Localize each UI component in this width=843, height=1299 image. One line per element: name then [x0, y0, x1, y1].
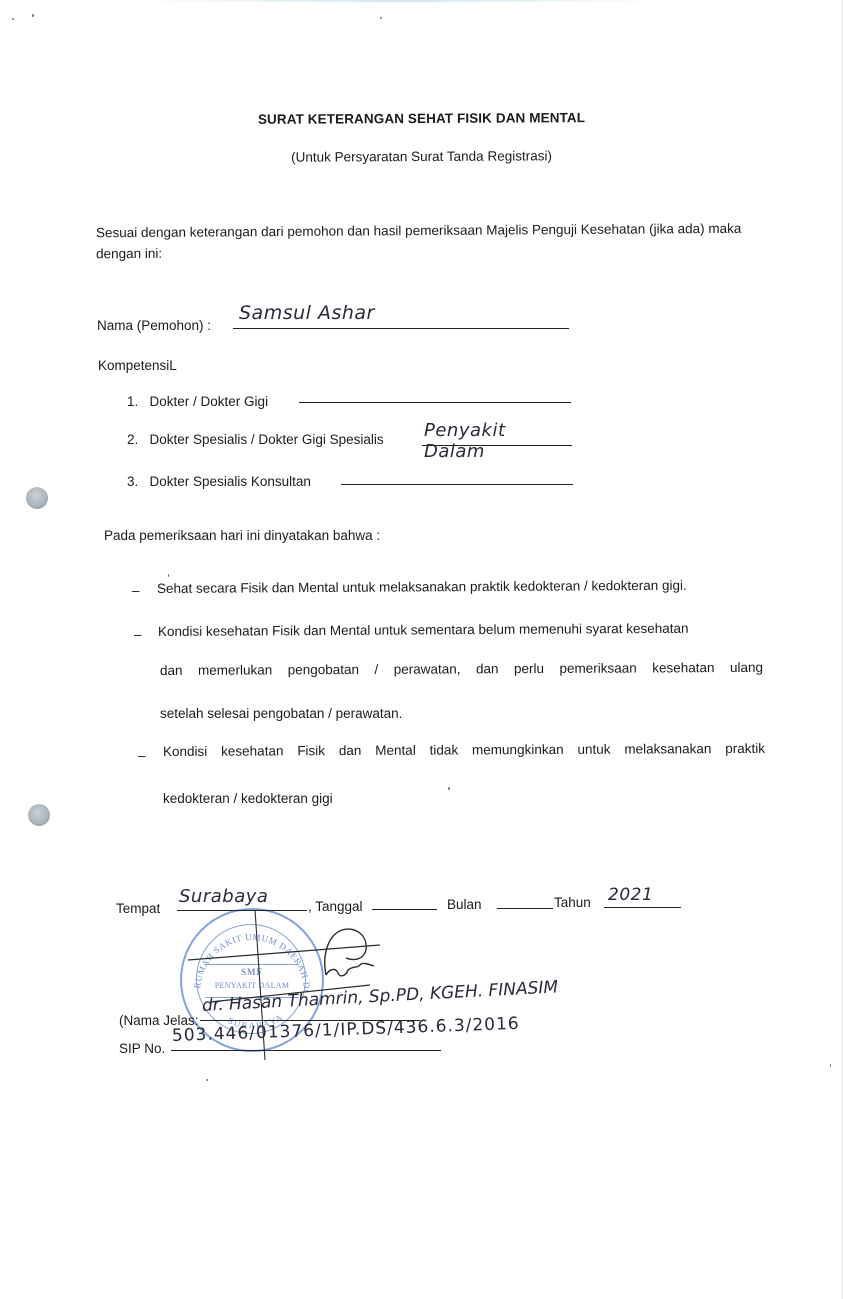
place-value: Surabaya: [179, 886, 268, 907]
scan-speck: [168, 574, 169, 577]
statement-1: Sehat secara Fisik dan Mental untuk mela…: [157, 578, 687, 596]
year-label: Tahun: [554, 895, 591, 910]
document-subtitle: (Untuk Persyaratan Surat Tanda Registras…: [0, 147, 843, 166]
scan-speck: [830, 1064, 831, 1067]
place-label: Tempat: [116, 901, 160, 916]
competence-item-1: 1. Dokter / Dokter Gigi: [127, 394, 268, 409]
examination-label: Pada pemeriksaan hari ini dinyatakan bah…: [104, 528, 380, 543]
statement-3-line-2: kedokteran / kedokteran gigi: [163, 791, 333, 806]
competence-item-2-value: Penyakit Dalam: [424, 420, 572, 462]
applicant-name-value: Samsul Ashar: [239, 302, 375, 324]
sip-label: SIP No.: [119, 1041, 165, 1056]
applicant-name-label: Nama (Pemohon) :: [97, 318, 211, 333]
scan-speck: [380, 17, 382, 19]
competence-item-3-field[interactable]: [341, 470, 573, 485]
competence-item-1-field[interactable]: [299, 388, 571, 403]
competence-item-3: 3. Dokter Spesialis Konsultan: [127, 474, 311, 489]
date-field[interactable]: [372, 897, 437, 910]
year-field[interactable]: 2021: [604, 893, 681, 908]
scan-speck: [448, 787, 450, 790]
scan-top-edge: [130, 0, 670, 2]
competence-item-number: 1.: [127, 394, 138, 409]
competence-item-label: Dokter Spesialis / Dokter Gigi Spesialis: [150, 432, 384, 447]
competence-item-2: 2. Dokter Spesialis / Dokter Gigi Spesia…: [127, 432, 384, 447]
competence-item-label: Dokter Spesialis Konsultan: [150, 474, 311, 489]
place-field[interactable]: Surabaya: [177, 896, 307, 911]
date-label: , Tanggal: [308, 899, 363, 914]
month-label: Bulan: [447, 897, 482, 912]
year-value: 2021: [608, 885, 653, 905]
scanned-document-page: SURAT KETERANGAN SEHAT FISIK DAN MENTAL …: [0, 0, 843, 1299]
scan-speck: [32, 14, 34, 17]
statement-2-dash: –: [134, 627, 142, 642]
statement-2-line-1: Kondisi kesehatan Fisik dan Mental untuk…: [158, 621, 689, 639]
month-field[interactable]: [497, 896, 553, 909]
applicant-name-field[interactable]: Samsul Ashar: [233, 312, 569, 329]
competence-item-number: 3.: [127, 474, 138, 489]
document-title: SURAT KETERANGAN SEHAT FISIK DAN MENTAL: [0, 109, 843, 128]
statement-2-line-3: setelah selesai pengobatan / perawatan.: [160, 706, 402, 721]
punch-hole: [26, 487, 48, 509]
competence-label: KompetensiL: [98, 358, 177, 373]
statement-3-line-1: Kondisi kesehatan Fisik dan Mental tidak…: [163, 741, 765, 759]
statement-2-line-2: dan memerlukan pengobatan / perawatan, d…: [160, 660, 763, 678]
scan-speck: [206, 1079, 208, 1081]
stamp-unit: SMF: [205, 967, 299, 977]
competence-item-number: 2.: [127, 432, 138, 447]
statement-1-dash: –: [132, 583, 140, 598]
stamp-department: PENYAKIT DALAM: [205, 981, 299, 990]
doctor-signature: [0, 0, 843, 1299]
statement-3-dash: –: [138, 748, 146, 763]
punch-hole: [28, 804, 50, 826]
scan-speck: [12, 18, 14, 20]
competence-item-2-field[interactable]: Penyakit Dalam: [422, 426, 572, 446]
intro-paragraph: Sesuai dengan keterangan dari pemohon da…: [96, 218, 756, 265]
competence-item-label: Dokter / Dokter Gigi: [150, 394, 269, 409]
